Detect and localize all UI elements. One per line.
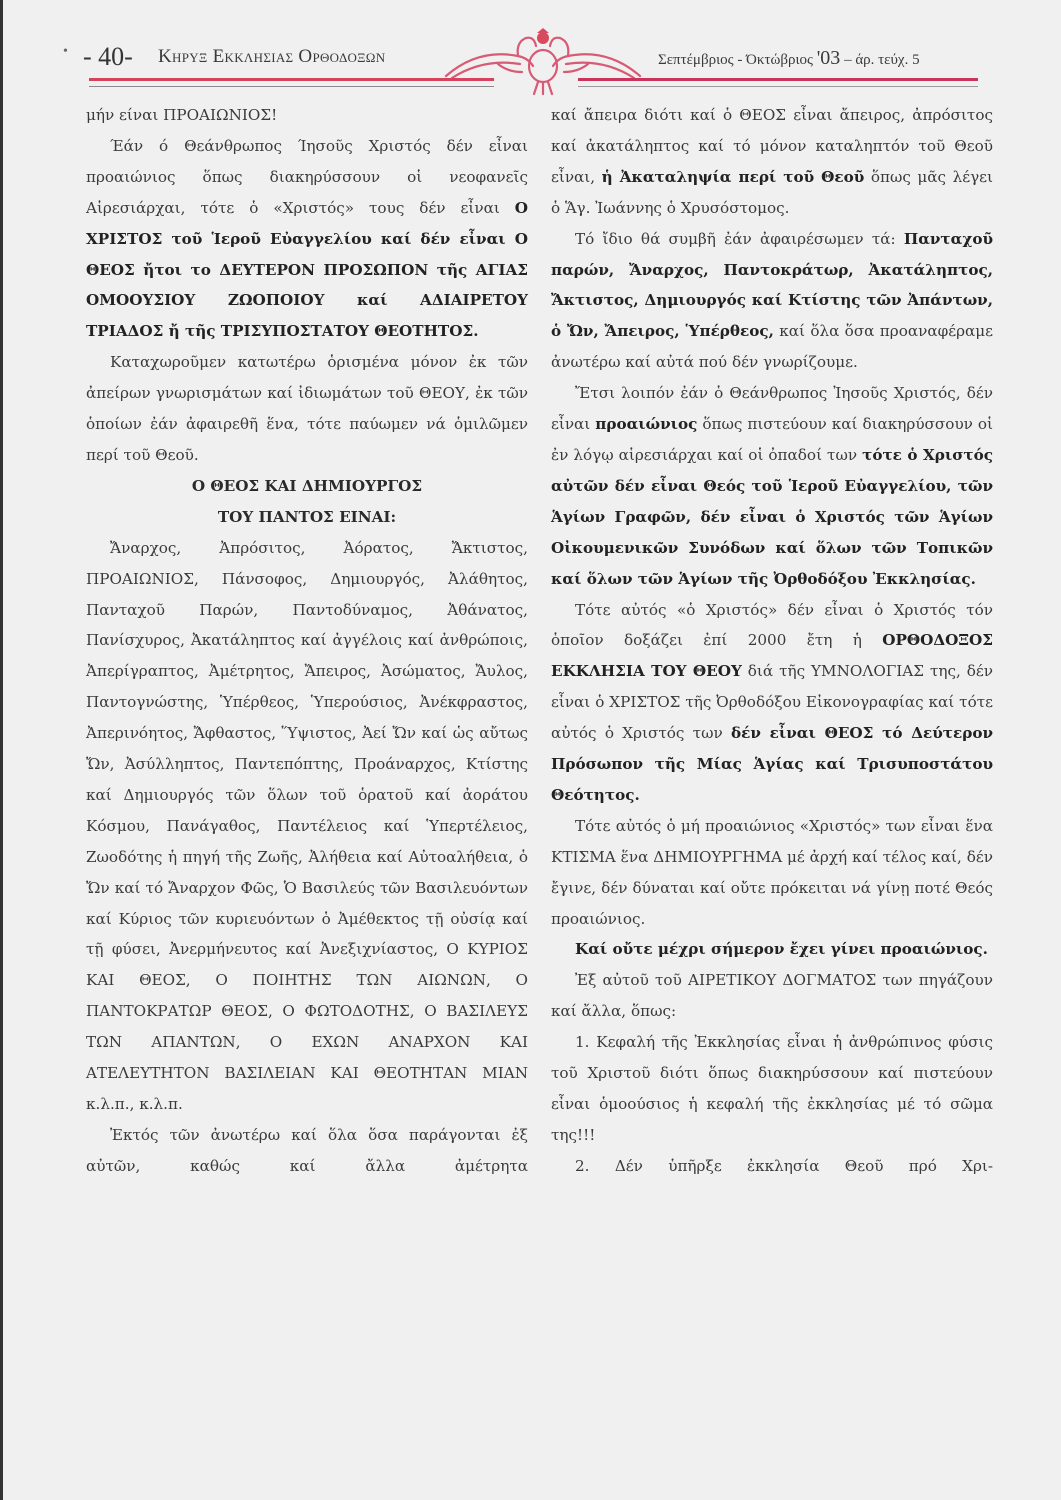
paragraph: Ἐκτός τῶν ἀνωτέρω καί ὅλα ὅσα παράγονται… <box>86 1120 528 1182</box>
issue-number: – άρ. τεύχ. 5 <box>840 52 919 68</box>
paragraph: Ἐξ αὐτοῦ τοῦ ΑΙΡΕΤΙΚΟΥ ΔΟΓΜΑΤΟΣ των πηγά… <box>551 965 993 1027</box>
paragraph: Τότε αὐτός ὁ μή προαιώνιος «Χριστός» των… <box>551 811 993 935</box>
right-column: καί ἄπειρα διότι καί ὁ ΘΕΟΣ εἶναι ἄπειρο… <box>551 100 993 1182</box>
paragraph: Ἄναρχος, Ἀπρόσιτος, Ἀόρατος, Ἄκτιστος, Π… <box>86 533 528 1120</box>
paragraph: Καταχωροῦμεν κατωτέρω ὁρισμένα μόνον ἐκ … <box>86 347 528 471</box>
document-page: • - 40- Κηρυξ Εκκλησιας Ορθοδοξων Σεπτέμ… <box>0 0 1061 1500</box>
paragraph: Τότε αὐτός «ὁ Χριστός» δέν εἶναι ὁ Χριστ… <box>551 595 993 811</box>
bold-text-run: προαιώνιος <box>595 415 697 433</box>
section-heading: ΤΟΥ ΠΑΝΤΟΣ ΕΙΝΑΙ: <box>86 502 528 533</box>
page-number-text: - 40- <box>83 42 133 71</box>
section-heading: Ο ΘΕΟΣ ΚΑΙ ΔΗΜΙΟΥΡΓΟΣ <box>86 471 528 502</box>
paragraph: Έάν ό Θεάνθρωπος Ίησοῦς Χριστός δέν εἶνα… <box>86 131 528 347</box>
left-column: μήν είναι ΠΡΟΑΙΩΝΙΟΣ! Έάν ό Θεάνθρωπος Ί… <box>86 100 528 1182</box>
issue-year: '03 <box>817 47 841 69</box>
bold-text-run: τότε ὁ Χριστός αὐτῶν δέν εἶναι Θεός τοῦ … <box>551 446 993 588</box>
page-header: • - 40- Κηρυξ Εκκλησιας Ορθοδοξων Σεπτέμ… <box>3 28 1061 98</box>
bold-text-run: Ο ΧΡΙΣΤΟΣ τοῦ Ἱεροῦ Εὐαγγελίου καί δέν ε… <box>86 199 528 341</box>
issue-months: Σεπτέμβριος - Όκτώβριος <box>658 52 817 68</box>
header-rule-left-thin <box>89 86 494 87</box>
paragraph: Τό ἴδιο θά συμβῆ ἐάν ἀφαιρέσωμεν τά: Παν… <box>551 224 993 379</box>
margin-mark: • <box>63 44 68 60</box>
text-run: Τό ἴδιο θά συμβῆ ἐάν ἀφαιρέσωμεν τά: <box>575 230 904 248</box>
page-number: • - 40- <box>83 42 133 72</box>
header-rule-right-thin <box>578 86 978 87</box>
paragraph: Καί οὔτε μέχρι σήμερον ἔχει γίνει προαιώ… <box>551 934 993 965</box>
bold-text-run: ἡ Ἀκαταληψία περί τοῦ Θεοῦ <box>602 168 865 186</box>
paragraph: Ἔτσι λοιπόν ἐάν ὁ Θεάνθρωπος Ἰησοῦς Χρισ… <box>551 378 993 594</box>
paragraph: μήν είναι ΠΡΟΑΙΩΝΙΟΣ! <box>86 100 528 131</box>
header-rule-left <box>89 78 494 81</box>
list-item: 2. Δέν ὑπῆρξε ἐκκλησία Θεοῦ πρό Χρι- <box>551 1151 993 1182</box>
text-run: Έάν ό Θεάνθρωπος Ίησοῦς Χριστός δέν εἶνα… <box>86 137 528 217</box>
header-rule-right <box>578 78 978 81</box>
list-item: 1. Κεφαλή τῆς Ἐκκλησίας εἶναι ἡ ἀνθρώπιν… <box>551 1027 993 1151</box>
paragraph: καί ἄπειρα διότι καί ὁ ΘΕΟΣ εἶναι ἄπειρο… <box>551 100 993 224</box>
issue-info: Σεπτέμβριος - Όκτώβριος '03 – άρ. τεύχ. … <box>658 47 920 70</box>
magazine-title: Κηρυξ Εκκλησιας Ορθοδοξων <box>158 46 385 68</box>
